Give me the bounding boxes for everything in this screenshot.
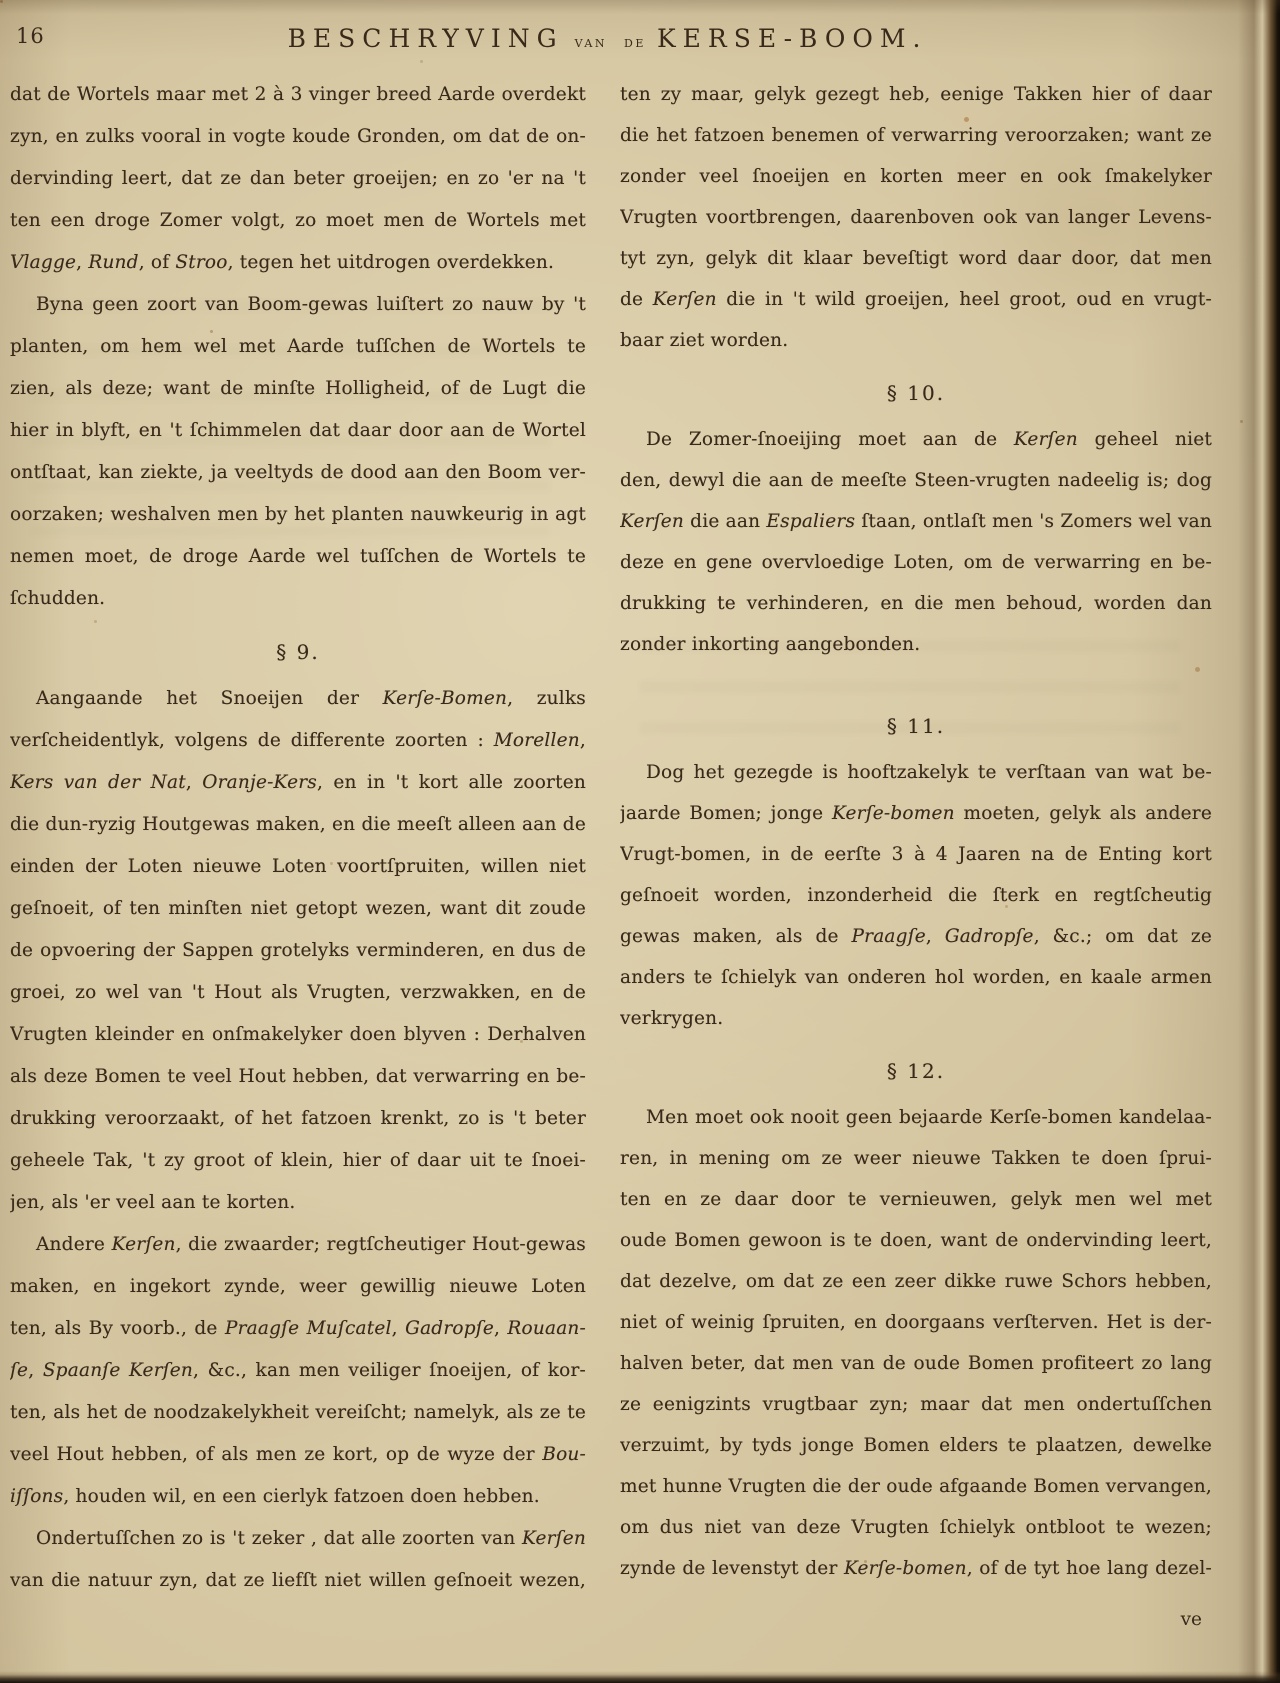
text-line: ontſtaat, kan ziekte, ja veeltyds de doo… <box>10 452 586 494</box>
text-line: zonder veel ſnoeijen en korten meer en o… <box>620 156 1212 197</box>
section-heading: § 10. <box>620 372 1212 414</box>
text-line: verkrygen. <box>620 998 1212 1039</box>
running-title-word: BESCHRYVING <box>288 24 564 53</box>
text-line: veel Hout hebben, of als men ze kort, op… <box>10 1434 586 1476</box>
text-line: de Kerſen die in 't wild groeijen, heel … <box>620 279 1212 320</box>
text-line: maken, en ingekort zynde, weer gewillig … <box>10 1266 586 1308</box>
text-line: ten zy maar, gelyk gezegt heb, eenige Ta… <box>620 74 1212 115</box>
text-line: van die natuur zyn, dat ze liefſt niet w… <box>10 1560 586 1602</box>
text-line: Kers van der Nat, Oranje-Kers, en in 't … <box>10 762 586 804</box>
text-line: halven beter, dat men van de oude Bomen … <box>620 1343 1212 1384</box>
text-line: zyn, en zulks vooral in vogte koude Gron… <box>10 116 586 158</box>
text-line: zien, als deze; want de minſte Hollighei… <box>10 368 586 410</box>
text-line: oorzaken; weshalven men by het planten n… <box>10 494 586 536</box>
text-line: Men moet ook nooit geen bejaarde Kerſe-b… <box>620 1097 1212 1138</box>
binding-edge-shadow <box>1238 0 1280 1683</box>
text-line: iſſons, houden wil, en een cierlyk fatzo… <box>10 1476 586 1518</box>
text-line: deze en gene overvloedige Loten, om de v… <box>620 542 1212 583</box>
text-line: baar ziet worden. <box>620 320 1212 361</box>
text-line: drukking te verhinderen, en die men beho… <box>620 583 1212 624</box>
text-line: ſe, Spaanſe Kerſen, &c., kan men veilige… <box>10 1350 586 1392</box>
catchword: ve <box>620 1599 1212 1641</box>
text-line: ten en ze daar door te vernieuwen, gelyk… <box>620 1179 1212 1220</box>
text-column-right: ten zy maar, gelyk gezegt heb, eenige Ta… <box>620 74 1212 1641</box>
text-line: niet of weinig ſpruiten, en doorgaans ve… <box>620 1302 1212 1343</box>
text-line: nemen moet, de droge Aarde wel tuſſchen … <box>10 536 586 578</box>
text-column-left: dat de Wortels maar met 2 à 3 vinger bre… <box>10 74 586 1602</box>
text-line: als deze Bomen te veel Hout hebben, dat … <box>10 1056 586 1098</box>
text-line: ten, als het de noodzakelykheit vereiſch… <box>10 1392 586 1434</box>
text-line: ten een droge Zomer volgt, zo moet men d… <box>10 200 586 242</box>
text-line: Dog het gezegde is hooftzakelyk te verſt… <box>620 752 1212 793</box>
text-line: Vrugt-bomen, in de eerſte 3 à 4 Jaaren n… <box>620 834 1212 875</box>
book-page: 16 BESCHRYVING van de KERSE-BOOM. dat de… <box>0 0 1280 1683</box>
text-line: ten, als By voorb., de Praagſe Muſcatel,… <box>10 1308 586 1350</box>
text-line: planten, om hem wel met Aarde tuſſchen d… <box>10 326 586 368</box>
text-line: tyt zyn, gelyk dit klaar beveſtigt word … <box>620 238 1212 279</box>
text-line: geſnoeit, of ten minſten niet getopt wez… <box>10 888 586 930</box>
text-line: Kerſen die aan Espaliers ſtaan, ontlaſt … <box>620 501 1212 542</box>
text-line: zonder inkorting aangebonden. <box>620 624 1212 665</box>
text-line: die dun-ryzig Houtgewas maken, en die me… <box>10 804 586 846</box>
running-title-connector: van <box>575 32 607 51</box>
text-line: Vrugten voortbrengen, daarenboven ook va… <box>620 197 1212 238</box>
text-line: verſcheidentlyk, volgens de differente z… <box>10 720 586 762</box>
text-line: Vlagge, Rund, of Stroo, tegen het uitdro… <box>10 242 586 284</box>
text-line: Ondertuſſchen zo is 't zeker , dat alle … <box>10 1518 586 1560</box>
text-line: zynde de levenstyt der Kerſe-bomen, of d… <box>620 1548 1212 1589</box>
section-heading: § 9. <box>10 631 586 673</box>
text-line: Vrugten kleinder en onſmakelyker doen bl… <box>10 1014 586 1056</box>
text-line: gewas maken, als de Praagſe, Gadropſe, &… <box>620 916 1212 957</box>
text-line: ſchudden. <box>10 578 586 620</box>
text-line: den, dewyl die aan de meeſte Steen-vrugt… <box>620 460 1212 501</box>
text-line: geheele Tak, 't zy groot of klein, hier … <box>10 1140 586 1182</box>
text-line: jaarde Bomen; jonge Kerſe-bomen moeten, … <box>620 793 1212 834</box>
text-line: met hunne Vrugten die der oude afgaande … <box>620 1466 1212 1507</box>
text-line: dat de Wortels maar met 2 à 3 vinger bre… <box>10 74 586 116</box>
running-title-word: KERSE-BOOM. <box>657 24 927 53</box>
text-line: geſnoeit worden, inzonderheid die ſterk … <box>620 875 1212 916</box>
text-line: om dus niet van deze Vrugten ſchielyk on… <box>620 1507 1212 1548</box>
text-line: jen, als 'er veel aan te korten. <box>10 1182 586 1224</box>
running-title-connector: de <box>624 32 646 51</box>
text-line: dervinding leert, dat ze dan beter groei… <box>10 158 586 200</box>
section-heading: § 12. <box>620 1050 1212 1092</box>
section-heading: § 11. <box>620 705 1212 747</box>
text-line: Aangaande het Snoeijen der Kerſe-Bomen, … <box>10 678 586 720</box>
bottom-edge-shadow <box>0 1671 1280 1683</box>
text-line: ze eenigzints vrugtbaar zyn; maar dat me… <box>620 1384 1212 1425</box>
running-title: BESCHRYVING van de KERSE-BOOM. <box>0 24 1215 53</box>
top-edge-shadow <box>0 0 1280 14</box>
text-line: verzuimt, by tyds jonge Bomen elders te … <box>620 1425 1212 1466</box>
text-line: einden der Loten nieuwe Loten voortſprui… <box>10 846 586 888</box>
text-line: anders te ſchielyk van onderen hol worde… <box>620 957 1212 998</box>
text-line: dat dezelve, om dat ze een zeer dikke ru… <box>620 1261 1212 1302</box>
text-line: Byna geen zoort van Boom-gewas luiſtert … <box>10 284 586 326</box>
text-line: ren, in mening om ze weer nieuwe Takken … <box>620 1138 1212 1179</box>
text-line: Andere Kerſen, die zwaarder; regtſcheuti… <box>10 1224 586 1266</box>
text-line: de opvoering der Sappen grotelyks vermin… <box>10 930 586 972</box>
text-line: De Zomer-ſnoeijing moet aan de Kerſen ge… <box>620 419 1212 460</box>
text-line: drukking veroorzaakt, of het fatzoen kre… <box>10 1098 586 1140</box>
text-line: groei, zo wel van 't Hout als Vrugten, v… <box>10 972 586 1014</box>
text-line: oude Bomen gewoon is te doen, want de on… <box>620 1220 1212 1261</box>
text-line: hier in blyft, en 't ſchimmelen dat daar… <box>10 410 586 452</box>
text-line: die het fatzoen benemen of verwarring ve… <box>620 115 1212 156</box>
